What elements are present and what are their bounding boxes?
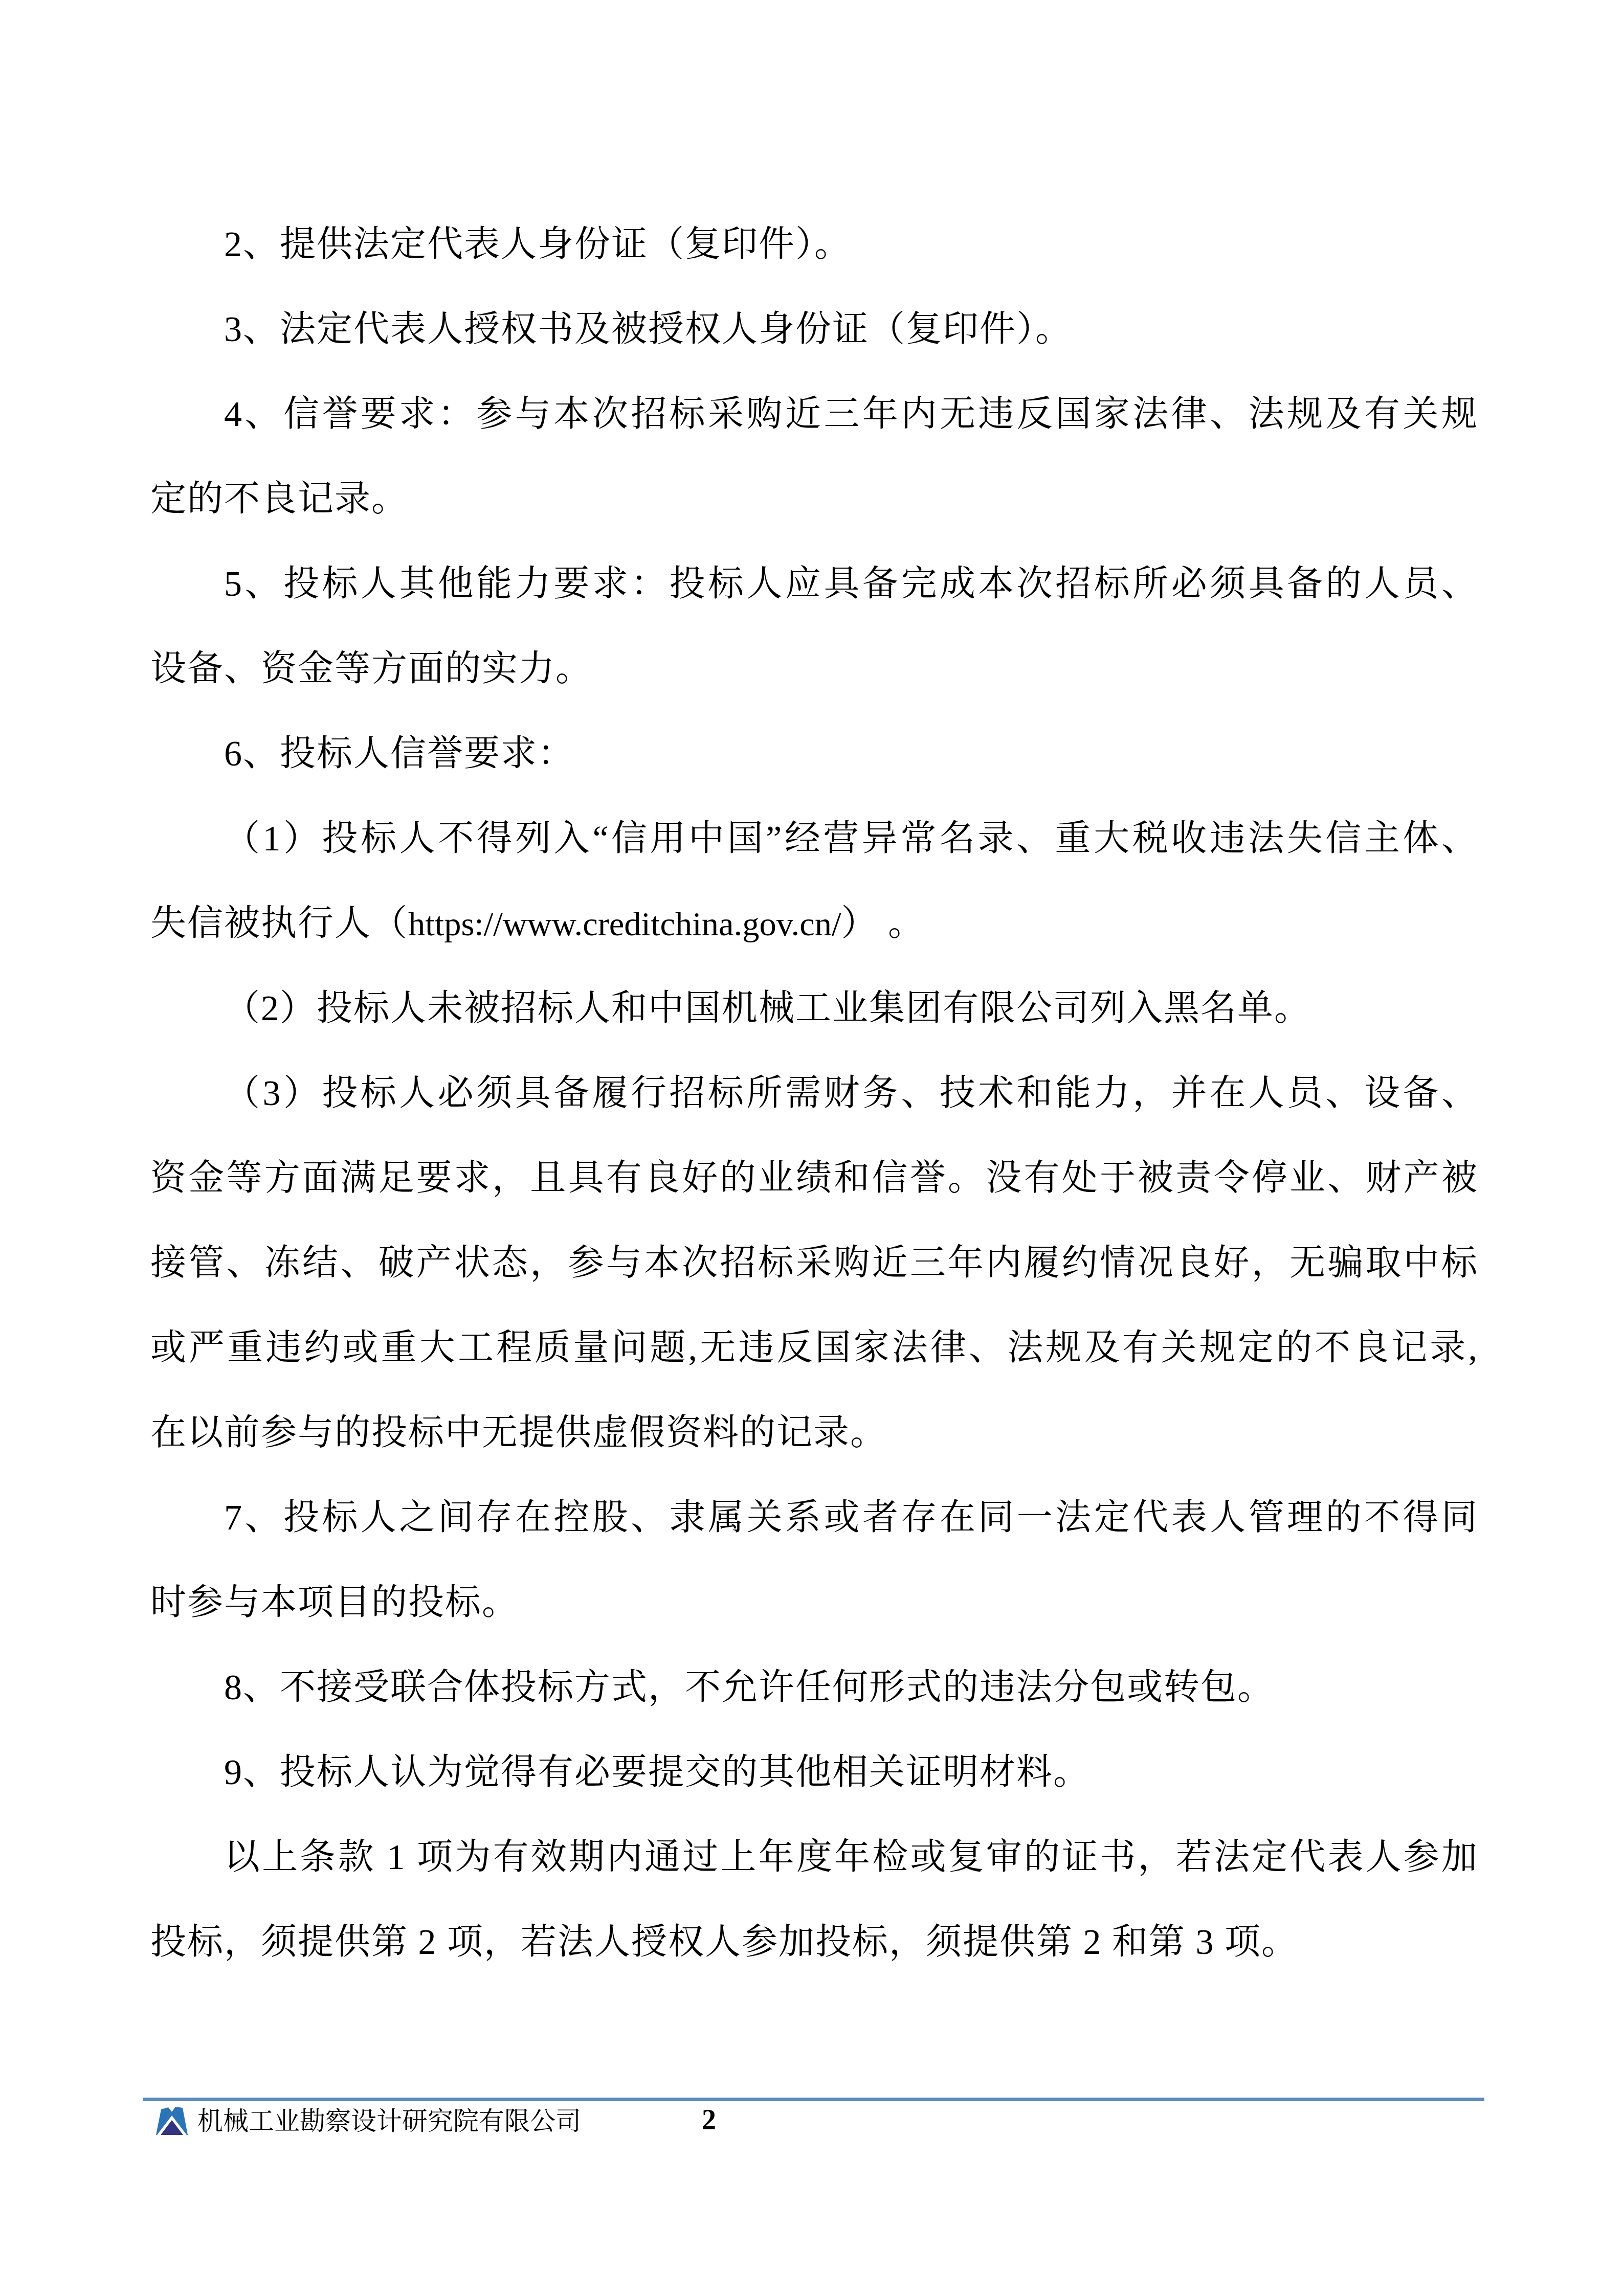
footer-company-name: 机械工业勘察设计研究院有限公司 bbox=[197, 2106, 581, 2136]
text-line: 资金等方面满足要求，且具有良好的业绩和信誉。没有处于被责令停业、财产被 bbox=[150, 1136, 1478, 1221]
text-line: 7、投标人之间存在控股、隶属关系或者存在同一法定代表人管理的不得同 bbox=[150, 1476, 1478, 1561]
text-line: 2、提供法定代表人身份证（复印件）。 bbox=[150, 202, 1478, 287]
text-line: （3）投标人必须具备履行招标所需财务、技术和能力，并在人员、设备、 bbox=[150, 1051, 1478, 1136]
text-line: 9、投标人认为觉得有必要提交的其他相关证明材料。 bbox=[150, 1730, 1478, 1815]
text-line: 时参与本项目的投标。 bbox=[150, 1561, 1478, 1646]
creditchina-url: https://www.creditchina.gov.cn/ bbox=[408, 906, 841, 943]
text-line: 3、法定代表人授权书及被授权人身份证（复印件）。 bbox=[150, 287, 1478, 372]
text-line: 以上条款 1 项为有效期内通过上年度年检或复审的证书，若法定代表人参加 bbox=[150, 1815, 1478, 1900]
company-logo-icon bbox=[155, 2105, 188, 2136]
text-line: 定的不良记录。 bbox=[150, 457, 1478, 542]
text-line: 投标，须提供第 2 项，若法人授权人参加投标，须提供第 2 和第 3 项。 bbox=[150, 1900, 1478, 1985]
footer-divider bbox=[143, 2098, 1484, 2101]
text-line: 8、不接受联合体投标方式，不允许任何形式的违法分包或转包。 bbox=[150, 1646, 1478, 1730]
text-line: 接管、冻结、破产状态，参与本次招标采购近三年内履约情况良好，无骗取中标 bbox=[150, 1221, 1478, 1306]
text-line: 6、投标人信誉要求： bbox=[150, 712, 1478, 797]
text-line: 4、信誉要求：参与本次招标采购近三年内无违反国家法律、法规及有关规 bbox=[150, 372, 1478, 457]
document-body: 2、提供法定代表人身份证（复印件）。 3、法定代表人授权书及被授权人身份证（复印… bbox=[150, 202, 1478, 1985]
text-line: （1）投标人不得列入“信用中国”经营异常名录、重大税收违法失信主体、 bbox=[150, 797, 1478, 882]
text-line: （2）投标人未被招标人和中国机械工业集团有限公司列入黑名单。 bbox=[150, 966, 1478, 1051]
text-line: 设备、资金等方面的实力。 bbox=[150, 627, 1478, 712]
document-page: 2、提供法定代表人身份证（复印件）。 3、法定代表人授权书及被授权人身份证（复印… bbox=[0, 0, 1624, 2296]
footer-page-number: 2 bbox=[702, 2104, 716, 2136]
text-line-with-url: 失信被执行人（https://www.creditchina.gov.cn/） … bbox=[150, 882, 1478, 966]
text-line: 5、投标人其他能力要求：投标人应具备完成本次招标所必须具备的人员、 bbox=[150, 542, 1478, 627]
text-line: 在以前参与的投标中无提供虚假资料的记录。 bbox=[150, 1391, 1478, 1476]
text-line: 或严重违约或重大工程质量问题,无违反国家法律、法规及有关规定的不良记录, bbox=[150, 1306, 1478, 1391]
url-line-prefix: 失信被执行人（ bbox=[150, 904, 408, 943]
url-line-suffix: ） 。 bbox=[841, 904, 925, 943]
